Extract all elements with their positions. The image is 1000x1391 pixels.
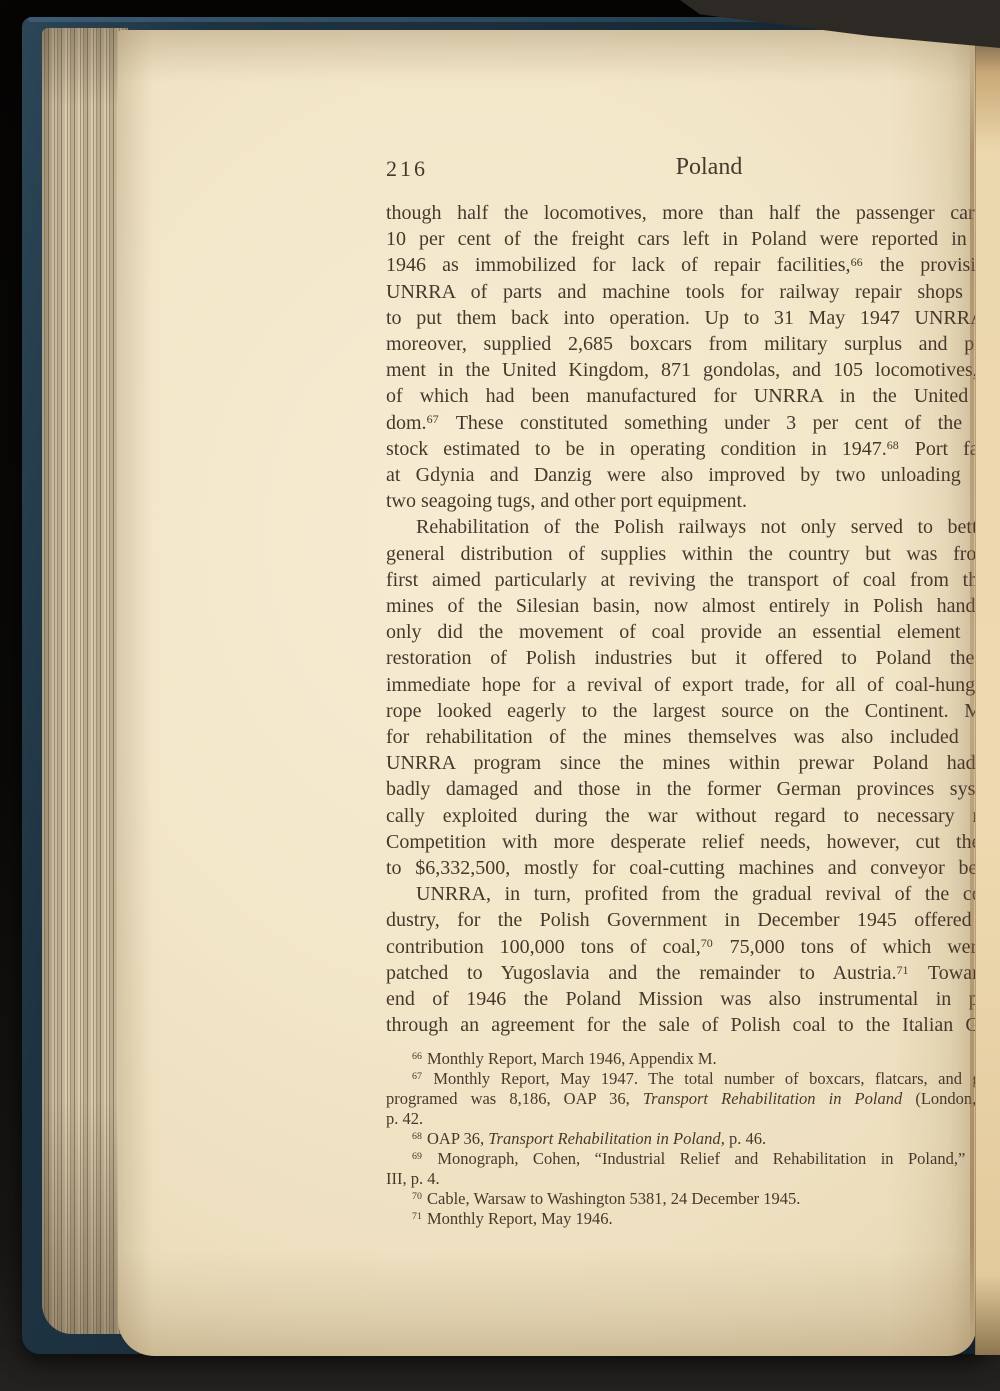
text-line: 1946 as immobilized for lack of repair f…: [386, 252, 1000, 278]
text-line: 10 per cent of the freight cars left in …: [386, 226, 1000, 252]
text-line: mines of the Silesian basin, now almost …: [386, 593, 1000, 619]
text-line: UNRRA of parts and machine tools for rai…: [386, 279, 1000, 305]
text-line: contribution 100,000 tons of coal,70 75,…: [386, 934, 1000, 960]
footnote: 68 OAP 36, Transport Rehabilitation in P…: [386, 1129, 1000, 1149]
paragraph: though half the locomotives, more than h…: [386, 200, 1000, 514]
text-line: only did the movement of coal provide an…: [386, 619, 1000, 645]
text-line: end of 1946 the Poland Mission was also …: [386, 986, 1000, 1012]
text-line: cally exploited during the war without r…: [386, 803, 1000, 829]
page-edge-stack: [42, 28, 128, 1334]
text-line: UNRRA, in turn, profited from the gradua…: [386, 881, 1000, 907]
page-content: 216 Poland though half the locomotives, …: [386, 154, 1000, 1229]
text-line: rope looked eagerly to the largest sourc…: [386, 698, 1000, 724]
text-line: 67 Monthly Report, May 1947. The total n…: [386, 1069, 1000, 1089]
body-text: though half the locomotives, more than h…: [386, 200, 1000, 1039]
text-line: programed was 8,186, OAP 36, Transport R…: [386, 1089, 1000, 1109]
text-line: ment in the United Kingdom, 871 gondolas…: [386, 357, 1000, 383]
text-line: though half the locomotives, more than h…: [386, 200, 1000, 226]
page-number: 216: [386, 156, 428, 182]
text-line: to $6,332,500, mostly for coal-cutting m…: [386, 855, 1000, 881]
text-line: first aimed particularly at reviving the…: [386, 567, 1000, 593]
text-line: 71 Monthly Report, May 1946.: [386, 1209, 1000, 1229]
footnotes: 66 Monthly Report, March 1946, Appendix …: [386, 1049, 1000, 1229]
paragraph: UNRRA, in turn, profited from the gradua…: [386, 881, 1000, 1038]
gutter-crease: [970, 44, 974, 1344]
footnote: 66 Monthly Report, March 1946, Appendix …: [386, 1049, 1000, 1069]
text-line: UNRRA program since the mines within pre…: [386, 750, 1000, 776]
footnote: 70 Cable, Warsaw to Washington 5381, 24 …: [386, 1189, 1000, 1209]
text-line: 68 OAP 36, Transport Rehabilitation in P…: [386, 1129, 1000, 1149]
footnote: 67 Monthly Report, May 1947. The total n…: [386, 1069, 1000, 1129]
book-page: 216 Poland though half the locomotives, …: [118, 30, 976, 1356]
text-line: restoration of Polish industries but it …: [386, 645, 1000, 671]
text-line: 69 Monograph, Cohen, “Industrial Relief …: [386, 1149, 1000, 1169]
page-header: 216 Poland: [386, 154, 1000, 184]
text-line: dustry, for the Polish Government in Dec…: [386, 907, 1000, 933]
text-line: Rehabilitation of the Polish railways no…: [386, 514, 1000, 540]
text-line: 70 Cable, Warsaw to Washington 5381, 24 …: [386, 1189, 1000, 1209]
text-line: at Gdynia and Danzig were also improved …: [386, 462, 1000, 488]
text-line: 66 Monthly Report, March 1946, Appendix …: [386, 1049, 1000, 1069]
text-line: immediate hope for a revival of export t…: [386, 672, 1000, 698]
adjacent-page-edge: [975, 33, 1000, 1355]
text-line: patched to Yugoslavia and the remainder …: [386, 960, 1000, 986]
footnote: 69 Monograph, Cohen, “Industrial Relief …: [386, 1149, 1000, 1189]
text-line: badly damaged and those in the former Ge…: [386, 776, 1000, 802]
text-line: stock estimated to be in operating condi…: [386, 436, 1000, 462]
text-line: III, p. 4.: [386, 1169, 1000, 1189]
text-line: p. 42.: [386, 1109, 1000, 1129]
book-photo: 216 Poland though half the locomotives, …: [0, 0, 1000, 1391]
footnote: 71 Monthly Report, May 1946.: [386, 1209, 1000, 1229]
running-title: Poland: [386, 154, 1000, 181]
paragraph: Rehabilitation of the Polish railways no…: [386, 514, 1000, 881]
text-line: moreover, supplied 2,685 boxcars from mi…: [386, 331, 1000, 357]
text-line: dom.67 These constituted something under…: [386, 410, 1000, 436]
text-line: through an agreement for the sale of Pol…: [386, 1012, 1000, 1038]
text-line: general distribution of supplies within …: [386, 541, 1000, 567]
text-line: to put them back into operation. Up to 3…: [386, 305, 1000, 331]
text-line: two seagoing tugs, and other port equipm…: [386, 488, 1000, 514]
text-line: of which had been manufactured for UNRRA…: [386, 383, 1000, 409]
text-line: for rehabilitation of the mines themselv…: [386, 724, 1000, 750]
text-line: Competition with more desperate relief n…: [386, 829, 1000, 855]
